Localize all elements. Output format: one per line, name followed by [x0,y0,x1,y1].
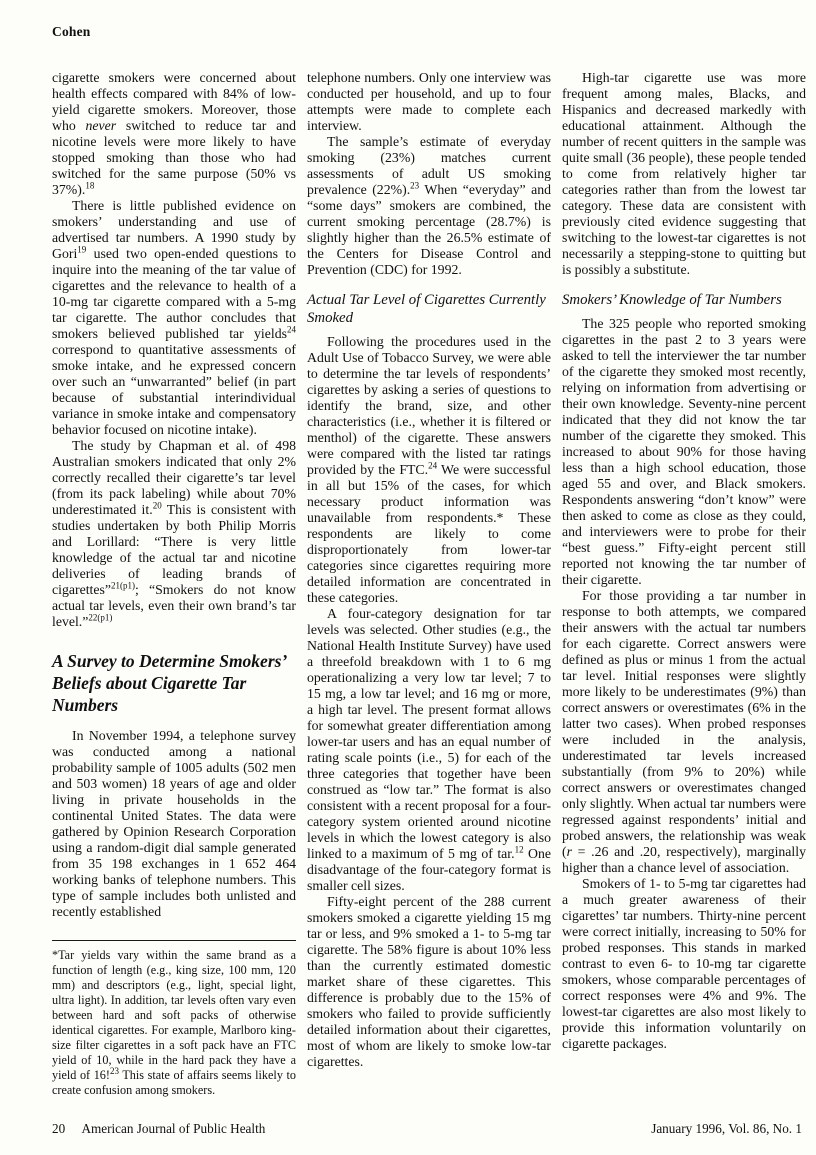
reference-superscript: 24 [287,324,296,334]
text-segment: Smokers’ Knowledge of Tar Numbers [562,292,782,308]
section-heading: A Survey to Determine Smokers’ Beliefs a… [52,650,296,716]
text-segment: We were successful in all but 15% of the… [307,462,551,605]
text-segment: Fifty-eight percent of the 288 current s… [307,894,551,1069]
reference-superscript: 22(p1) [88,612,112,622]
page-number: 20 [52,1121,65,1136]
paragraph: Following the procedures used in the Adu… [307,334,551,606]
text-segment: correspond to quantitative assessments o… [52,342,296,437]
text-segment: The 325 people who reported smoking ciga… [562,316,806,587]
journal-page: Cohen cigarette smokers were concerned a… [0,0,816,1155]
subsection-heading: Smokers’ Knowledge of Tar Numbers [562,291,806,309]
footer-left: 20 American Journal of Public Health [52,1121,265,1137]
column-1: cigarette smokers were concerned about h… [52,70,296,1098]
paragraph: telephone numbers. Only one interview wa… [307,70,551,134]
text-segment: *Tar yields vary within the same brand a… [52,948,296,1082]
reference-superscript: 12 [515,844,524,854]
paragraph: A four-category designation for tar leve… [307,606,551,894]
text-segment: A Survey to Determine Smokers’ Beliefs a… [52,651,286,715]
reference-superscript: 19 [77,244,86,254]
text-segment: For those providing a tar number in resp… [562,588,806,859]
paragraph: cigarette smokers were concerned about h… [52,70,296,198]
footer-issue: January 1996, Vol. 86, No. 1 [651,1121,802,1137]
column-3: High-tar cigarette use was more frequent… [562,70,806,1052]
text-segment: = .26 and .20, respectively), marginally… [562,844,806,875]
text-segment: Following the procedures used in the Adu… [307,334,551,477]
paragraph: Fifty-eight percent of the 288 current s… [307,894,551,1070]
text-segment: never [86,118,117,133]
article-columns: cigarette smokers were concerned about h… [52,70,806,1098]
running-head-author: Cohen [52,24,806,40]
paragraph: High-tar cigarette use was more frequent… [562,70,806,278]
reference-superscript: 20 [153,500,162,510]
reference-superscript: 23 [110,1066,119,1076]
subsection-heading: Actual Tar Level of Cigarettes Currently… [307,291,551,327]
paragraph: The 325 people who reported smoking ciga… [562,316,806,588]
reference-superscript: 23 [410,180,419,190]
paragraph: In November 1994, a telephone survey was… [52,728,296,920]
footnote: *Tar yields vary within the same brand a… [52,940,296,1098]
paragraph: Smokers of 1- to 5-mg tar cigarettes had… [562,876,806,1052]
text-segment: used two open-ended questions to inquire… [52,246,296,341]
text-segment: High-tar cigarette use was more frequent… [562,70,806,277]
text-segment: telephone numbers. Only one interview wa… [307,70,551,133]
journal-name: American Journal of Public Health [81,1121,265,1136]
paragraph: There is little published evidence on sm… [52,198,296,438]
page-footer: 20 American Journal of Public Health Jan… [52,1121,802,1137]
paragraph: For those providing a tar number in resp… [562,588,806,876]
column-2: telephone numbers. Only one interview wa… [307,70,551,1070]
text-segment: In November 1994, a telephone survey was… [52,728,296,919]
paragraph: The study by Chapman et al. of 498 Austr… [52,438,296,630]
text-segment: A four-category designation for tar leve… [307,606,551,861]
reference-superscript: 18 [85,180,94,190]
reference-superscript: 21(p1) [111,580,135,590]
paragraph: The sample’s estimate of everyday smokin… [307,134,551,278]
text-segment: Smokers of 1- to 5-mg tar cigarettes had… [562,876,806,1051]
reference-superscript: 24 [428,460,437,470]
text-segment: Actual Tar Level of Cigarettes Currently… [307,292,546,326]
